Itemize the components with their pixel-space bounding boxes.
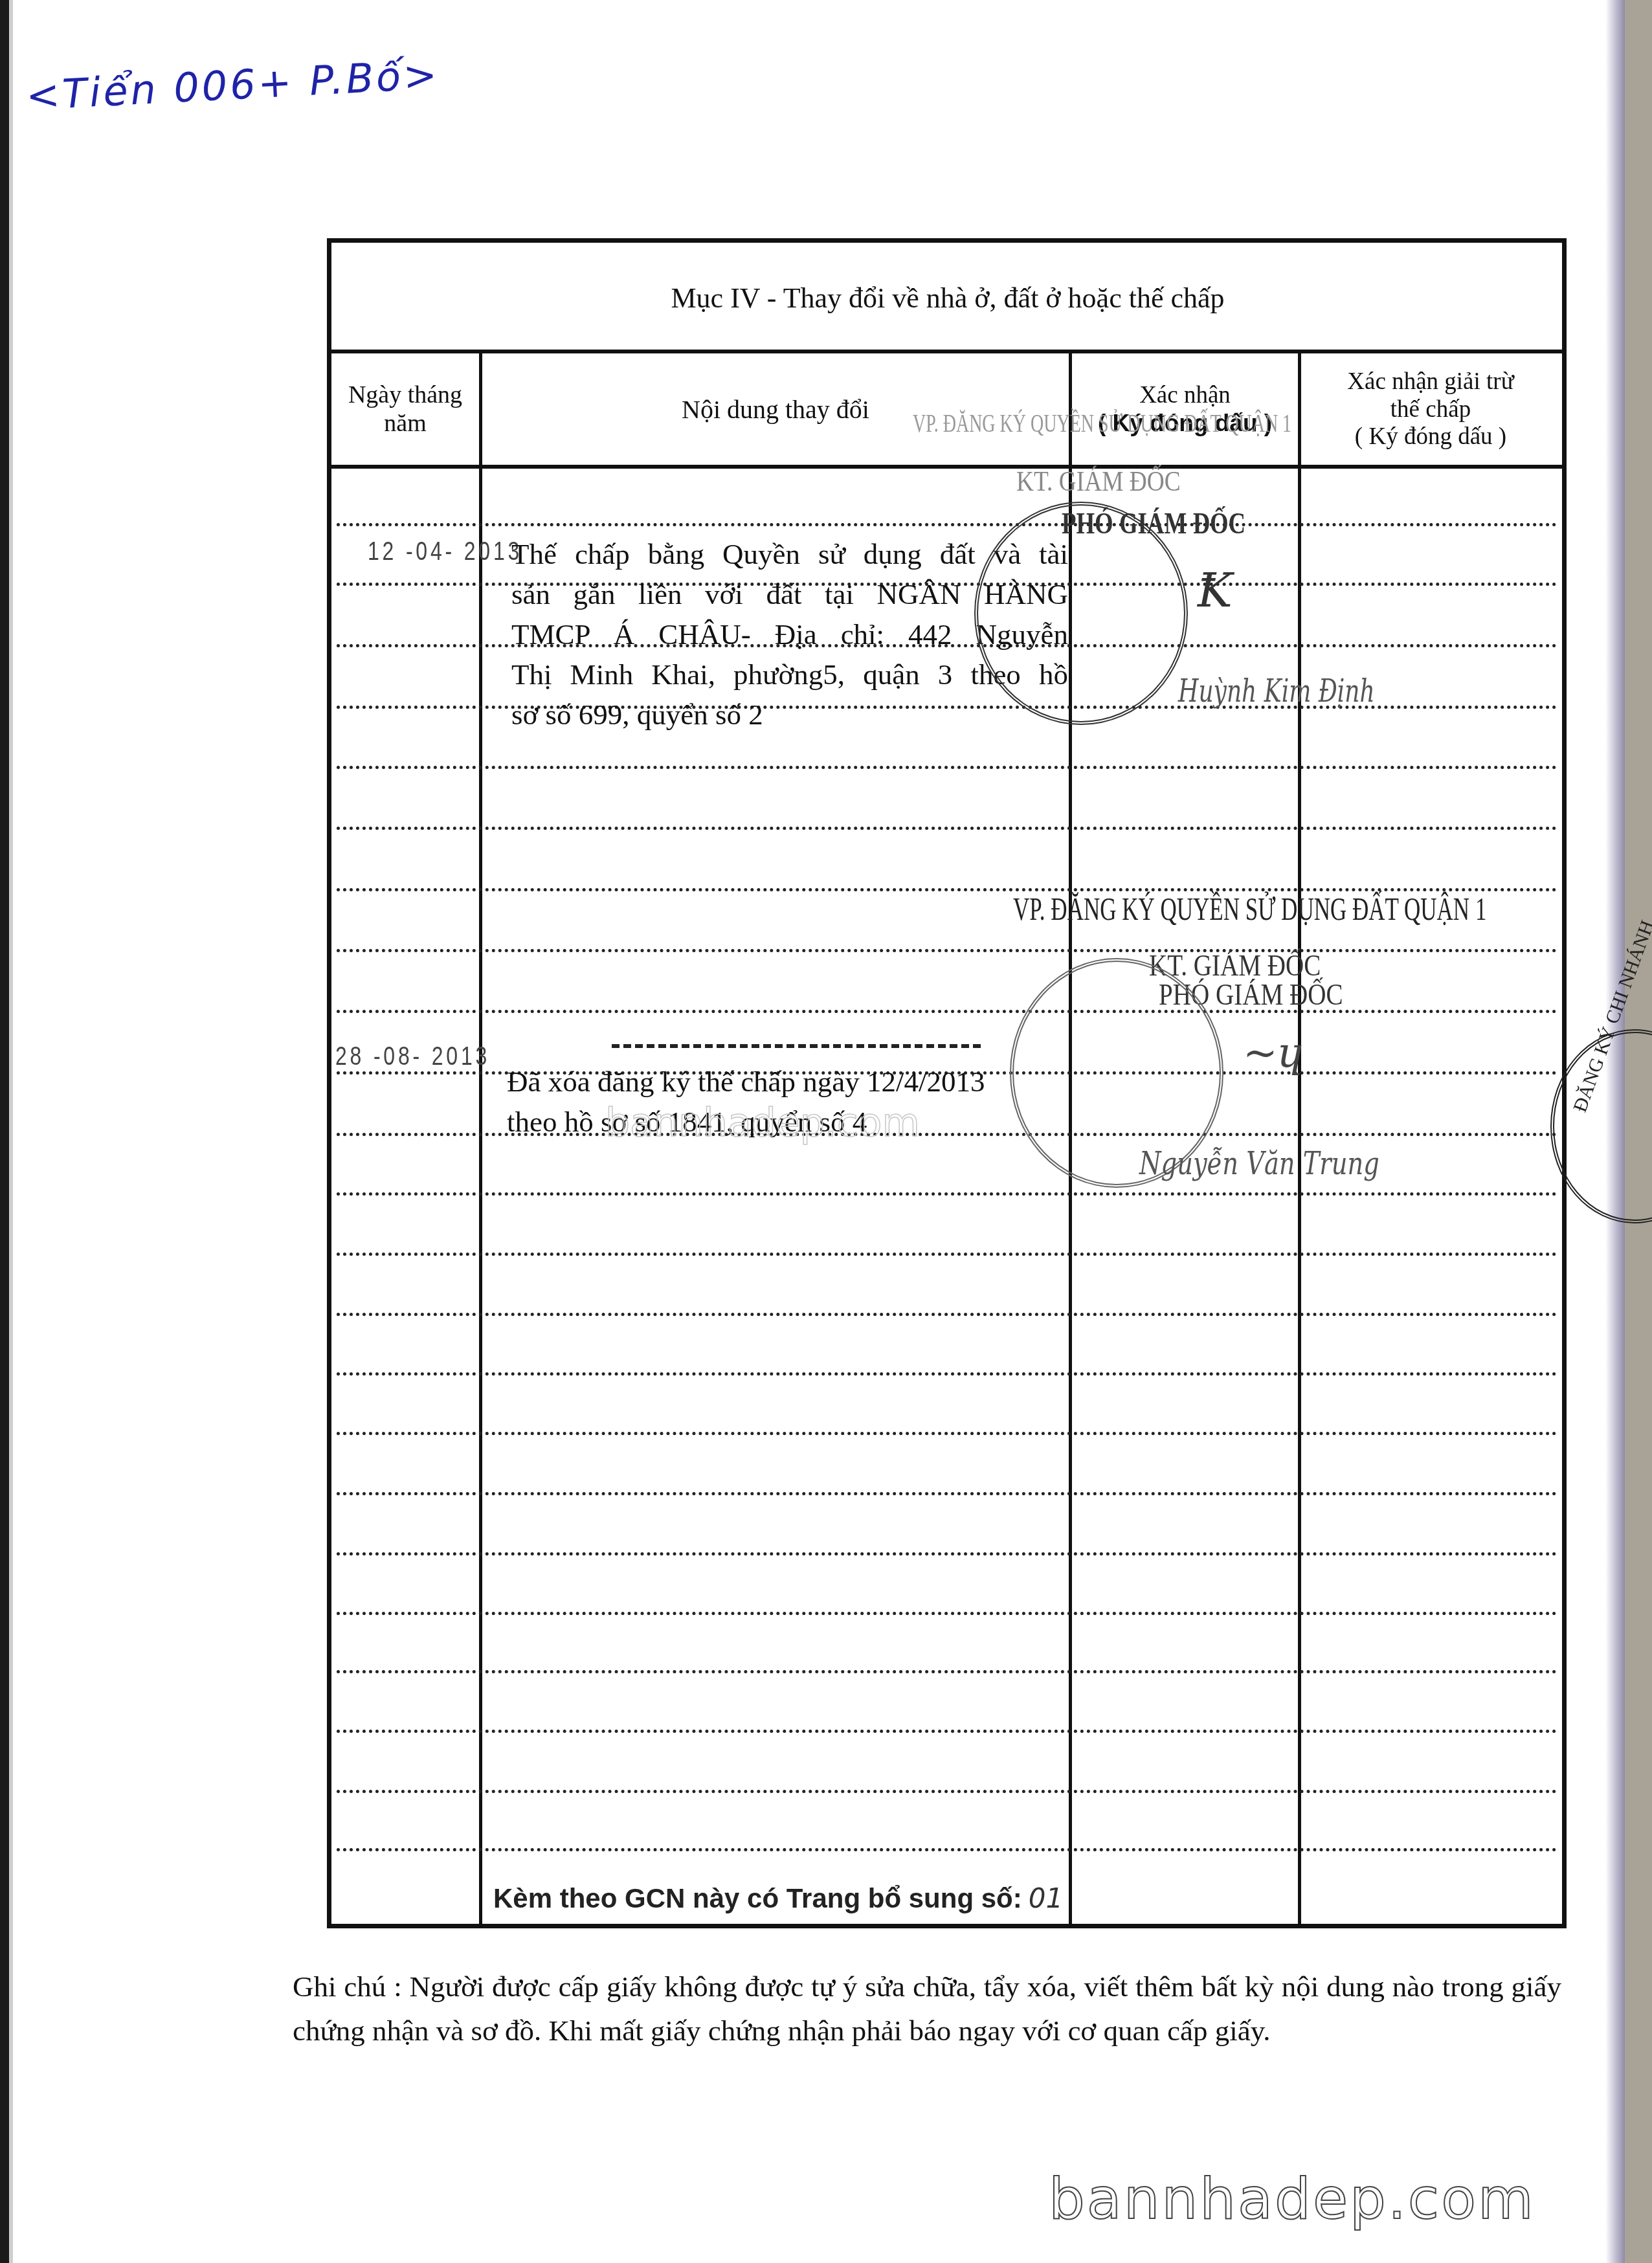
- office-stamp-header: VP. ĐĂNG KÝ QUYỀN SỬ DỤNG ĐẤT QUẬN 1: [913, 408, 1291, 438]
- header-release: Xác nhận giải trừ thế chấp ( Ký đóng dấu…: [1301, 355, 1560, 465]
- dotted-rule: [337, 1848, 1557, 1851]
- scan-edge-left: [0, 0, 9, 2263]
- entry-line: sơ số 699, quyển số 2: [511, 695, 1068, 735]
- dotted-rule: [337, 766, 1557, 769]
- entry-line: Đã xóa đăng ký thế chấp ngày 12/4/2013: [507, 1062, 1077, 1102]
- scan-edge-left-light: [9, 0, 13, 2263]
- dotted-rule: [337, 1432, 1557, 1435]
- entry-date: 28 -08- 2013: [335, 1042, 490, 1071]
- dotted-rule: [337, 1253, 1557, 1256]
- header-release-line3: ( Ký đóng dấu ): [1355, 423, 1506, 451]
- header-release-line1: Xác nhận giải trừ: [1347, 368, 1513, 396]
- dotted-rule: [337, 1372, 1557, 1376]
- dotted-rule: [337, 1790, 1557, 1793]
- official-seal-1: [974, 502, 1188, 725]
- dotted-rule: [337, 1313, 1557, 1316]
- dotted-rule: [337, 1730, 1557, 1733]
- dotted-rule: [337, 523, 1557, 526]
- dotted-rule: [337, 1010, 1557, 1013]
- col-divider-confirm: [1298, 351, 1301, 1926]
- header-date: Ngày tháng năm: [331, 355, 479, 465]
- signature-2: ~ɥ: [1243, 1029, 1304, 1077]
- dotted-rule: [337, 949, 1557, 952]
- supplement-number: 01: [1029, 1882, 1063, 1914]
- office-stamp-header: VP. ĐĂNG KÝ QUYỀN SỬ DỤNG ĐẤT QUẬN 1: [1013, 890, 1486, 928]
- supplement-line: Kèm theo GCN này có Trang bổ sung số:01: [493, 1882, 1063, 1914]
- dotted-rule: [337, 1492, 1557, 1495]
- dotted-rule: [337, 827, 1557, 830]
- separator-rule: [612, 1044, 981, 1048]
- watermark: bannhadep.com: [1049, 2165, 1535, 2232]
- header-content-label: Nội dung thay đổi: [682, 395, 869, 425]
- section-title: Mục IV - Thay đổi về nhà ở, đất ở hoặc t…: [333, 243, 1562, 353]
- stamp-title-1: KT. GIÁM ĐỐC: [1016, 465, 1181, 498]
- header-divider: [330, 465, 1563, 469]
- footnote: Ghi chú : Người được cấp giấy không được…: [293, 1965, 1561, 2053]
- col-divider-date: [479, 351, 482, 1926]
- watermark-mid: bannhadep.com: [605, 1100, 920, 1146]
- header-confirm-line1: Xác nhận: [1139, 382, 1231, 410]
- dotted-rule: [337, 1612, 1557, 1615]
- entry-date: 12 -04- 2013: [368, 537, 522, 566]
- dotted-rule: [337, 1192, 1557, 1196]
- signer-name-1: Huỳnh Kim Định: [1178, 673, 1375, 709]
- header-date-line2: năm: [384, 410, 426, 438]
- title-divider: [330, 350, 1563, 353]
- signature-1: Ꝁ: [1198, 563, 1233, 618]
- supplement-label: Kèm theo GCN này có Trang bổ sung số:: [493, 1883, 1022, 1913]
- handwritten-note: <Tiển 006+ P.Bố>: [25, 50, 441, 119]
- dotted-rule: [337, 1670, 1557, 1673]
- header-release-line2: thế chấp: [1390, 396, 1471, 424]
- header-date-line1: Ngày tháng: [348, 381, 462, 410]
- signer-name-2: Nguyễn Văn Trung: [1139, 1146, 1379, 1182]
- dotted-rule: [337, 1552, 1557, 1555]
